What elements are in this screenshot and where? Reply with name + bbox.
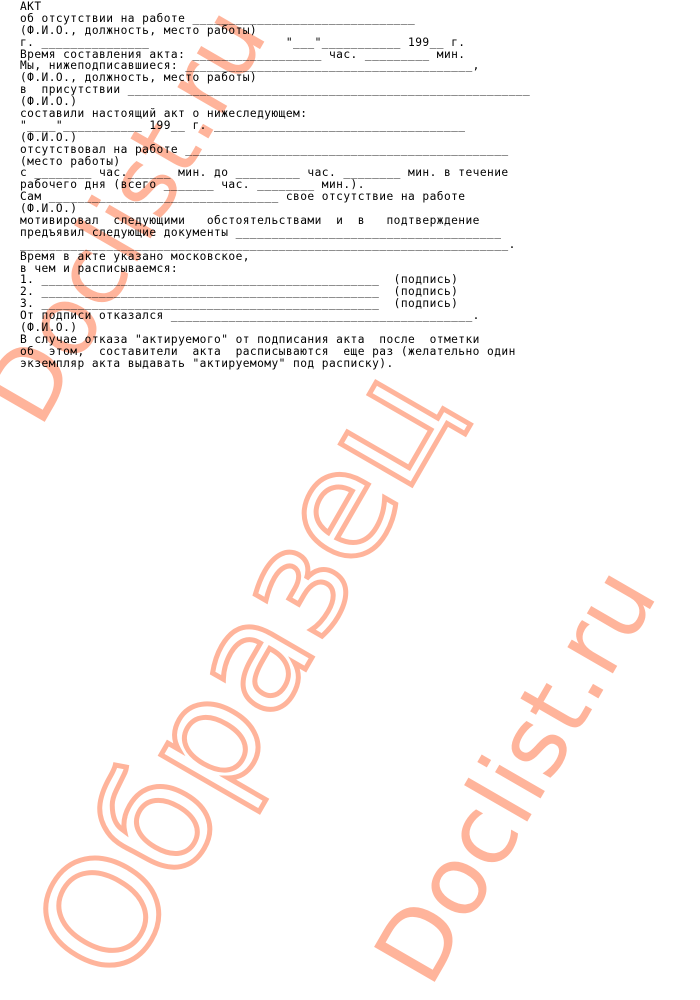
watermark-obrazets: Образец bbox=[0, 339, 487, 1000]
doc-line: ________________________________________… bbox=[20, 239, 530, 251]
doc-line: (Ф.И.О., должность, место работы) bbox=[20, 25, 530, 37]
doc-line: От подписи отказался ___________________… bbox=[20, 310, 530, 322]
doc-line: об отсутствии на работе ________________… bbox=[20, 13, 530, 25]
doc-line: в присутствии __________________________… bbox=[20, 84, 530, 96]
doc-line: г. _______________ "___"___________ 199_… bbox=[20, 37, 530, 49]
doc-line: экземпляр акта выдавать "актируемому" по… bbox=[20, 358, 530, 370]
doc-line: об этом, составители акта расписываются … bbox=[20, 346, 530, 358]
doc-line: Сам ________________________________ сво… bbox=[20, 191, 530, 203]
doc-line: Время в акте указано московское, bbox=[20, 251, 530, 263]
doc-line: "____"___________ 199__ г. _____________… bbox=[20, 120, 530, 132]
doc-line: отсутствовал на работе _________________… bbox=[20, 144, 530, 156]
document-body: АКТ об отсутствии на работе ____________… bbox=[20, 1, 530, 370]
watermark-doclist-bottom: Doclist.ru bbox=[353, 549, 679, 1000]
doc-line: (Ф.И.О.) bbox=[20, 132, 530, 144]
